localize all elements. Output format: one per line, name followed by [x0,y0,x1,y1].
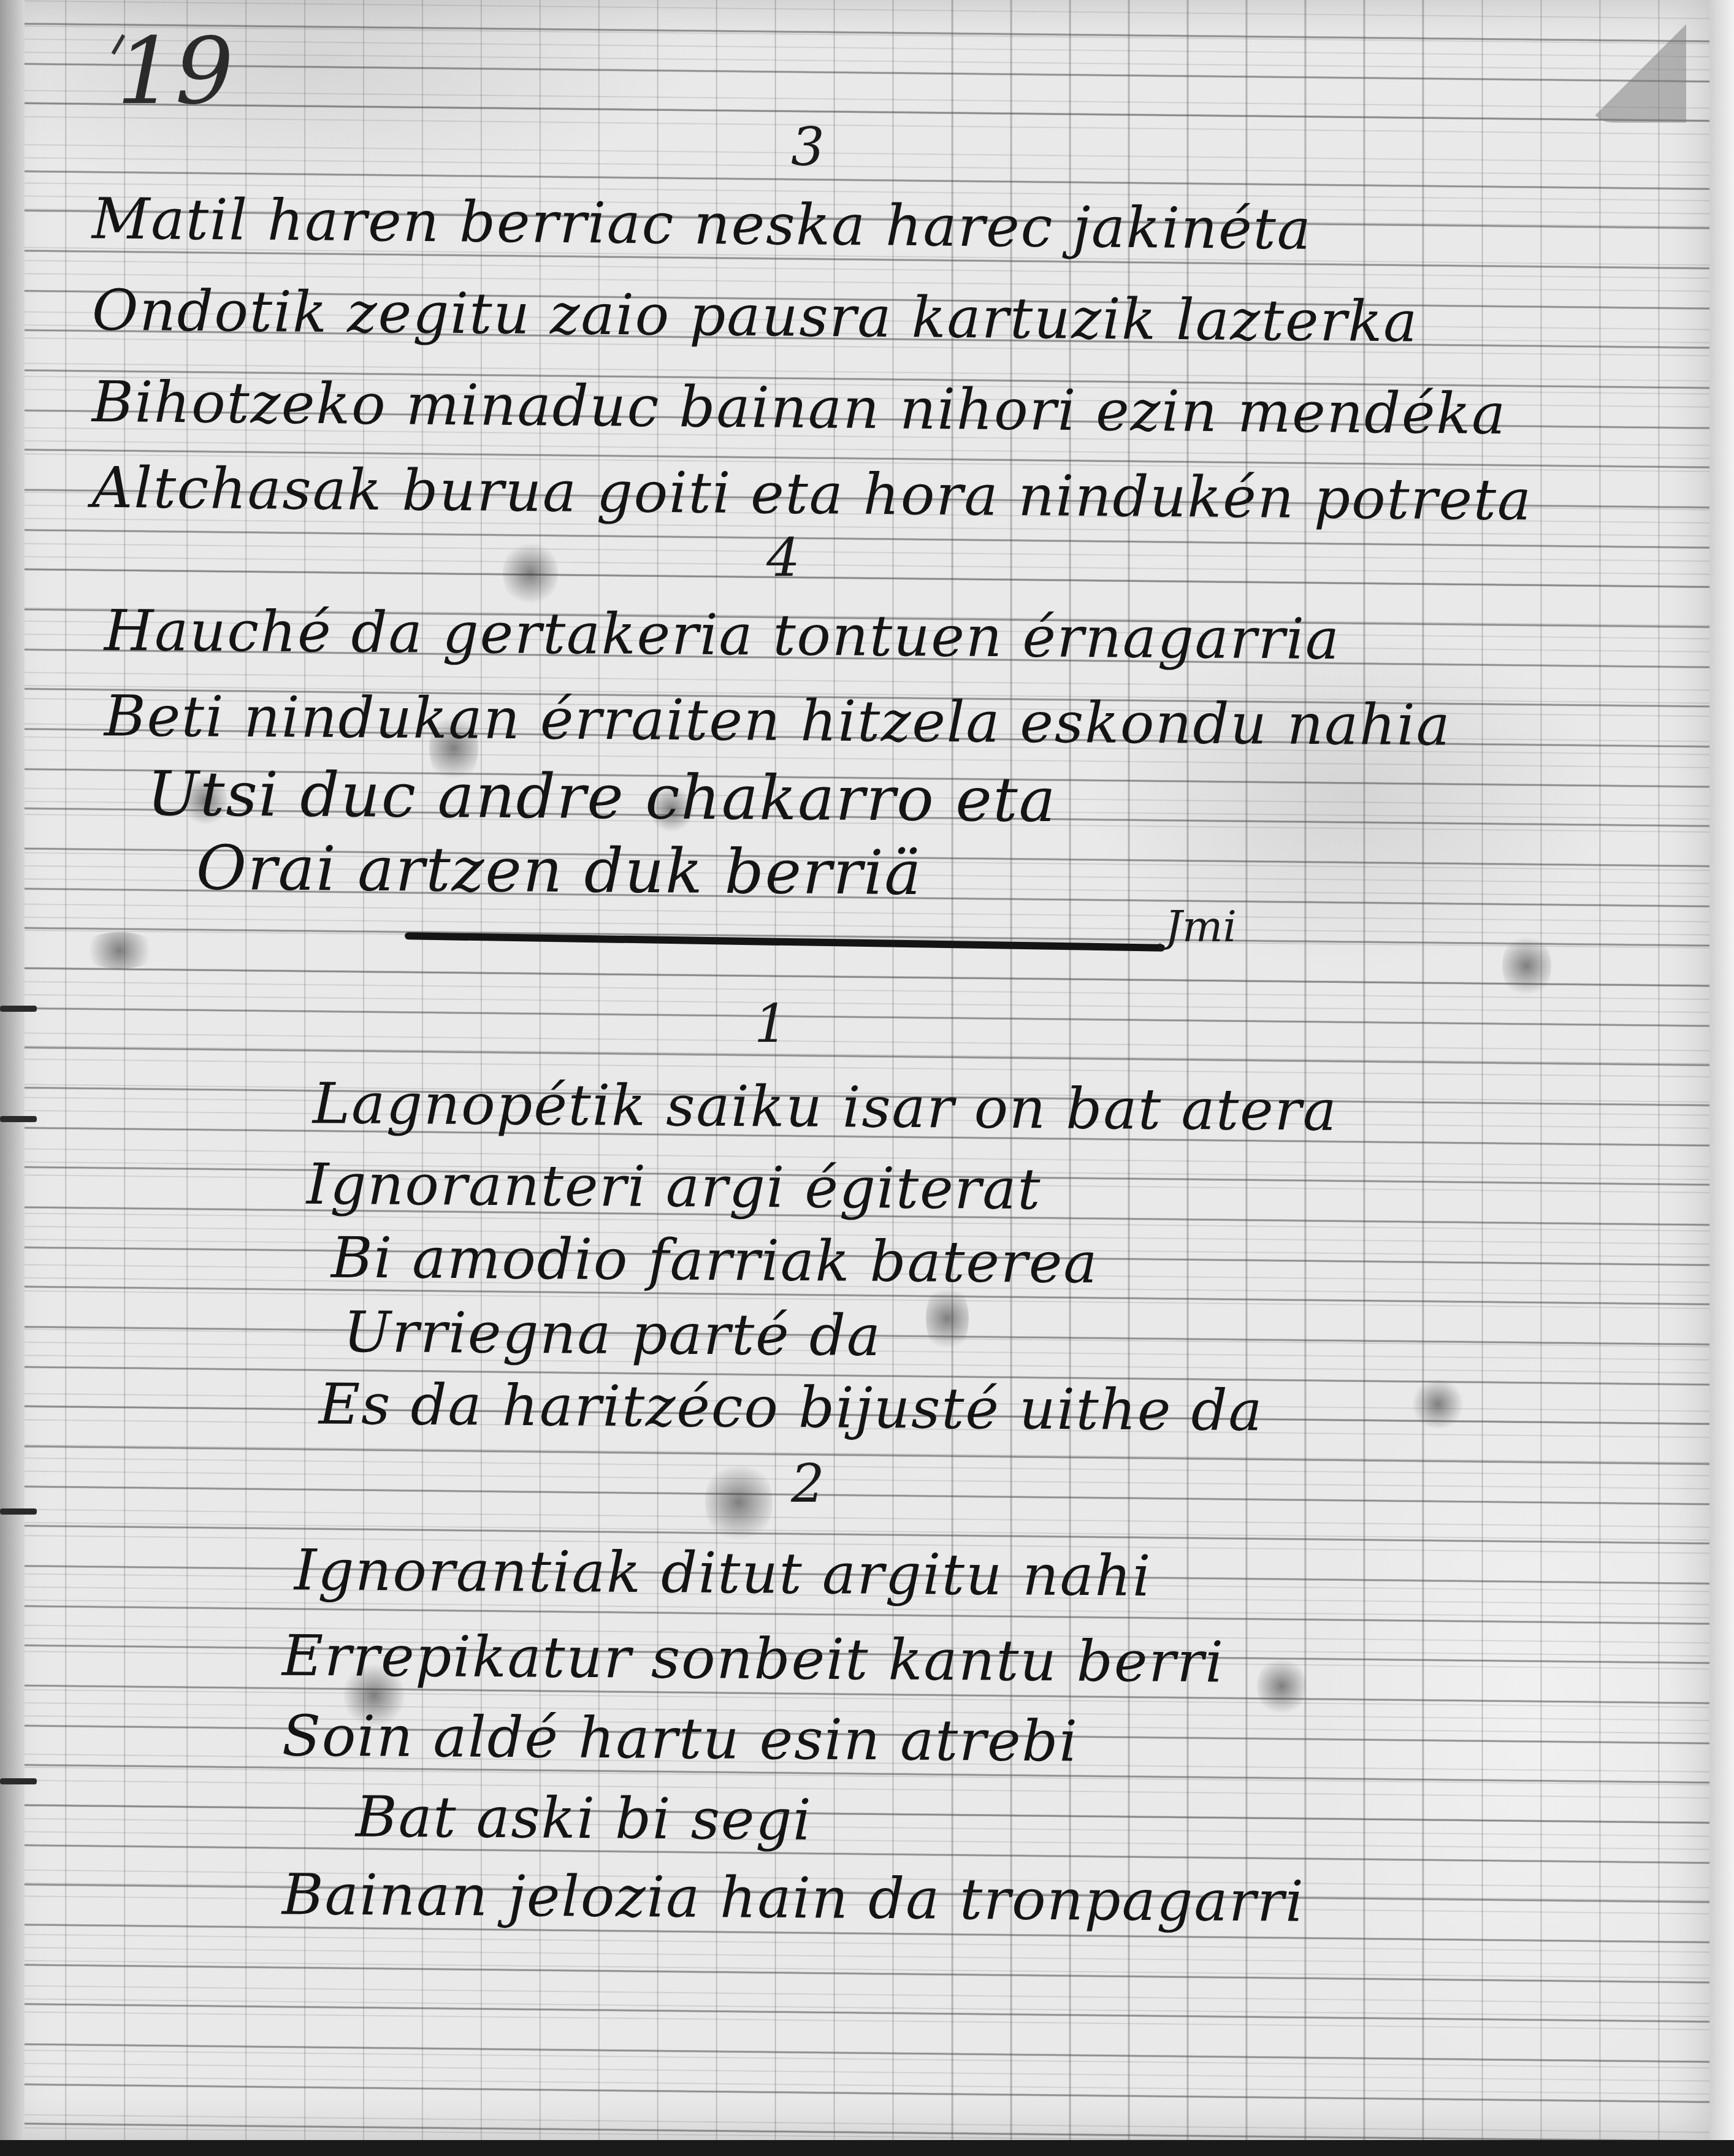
ink-stain [1410,1380,1465,1429]
verse-line: Ondotik zegitu zaio pausra kartuzik lazt… [92,283,1419,351]
verse-line: Errepikatur sonbeit kantu berri [282,1628,1224,1691]
folded-corner [1588,25,1686,123]
stanza-number: 1 [754,993,788,1055]
verse-line: Altchasak burua goiti eta hora nindukén … [92,460,1533,529]
ink-stain [1502,932,1551,1000]
section-divider [405,932,1165,951]
verse-line: Urriegna parté da [343,1304,882,1364]
stanza-number: 3 [791,117,825,178]
verse-line: Soin aldé hartu esin atrebi [282,1708,1079,1770]
verse-line: Beti nindukan érraiten hitzela eskondu n… [104,688,1451,754]
verse-line: Es da haritzéco bijusté uithe da [319,1377,1264,1440]
stanza-number: 2 [791,1453,825,1515]
page-number: 19 [116,18,234,125]
verse-line: Orai artzen duk berriä [196,838,923,904]
verse-line: Matil haren berriac neska harec jakinéta [92,191,1312,258]
ink-stain [1257,1656,1306,1717]
signature: Jmi [1165,901,1237,952]
verse-line: Ignoranteri argi égiterat [307,1156,1042,1218]
page-right-edge [1709,0,1734,2156]
binding-edge [0,0,25,2156]
ink-stain [705,1459,773,1545]
ink-stain [80,932,159,969]
verse-line: Lagnopétik saiku isar on bat atera [313,1076,1338,1139]
staple-mark [0,1778,37,1784]
verse-line: Bihotzeko minaduc bainan nihori ezin men… [92,374,1507,443]
staple-mark [0,1508,37,1515]
stanza-number: 4 [766,527,800,589]
ink-stain [503,540,558,607]
staple-mark [0,1006,37,1012]
page-bottom-edge [0,2140,1734,2156]
verse-line: Bi amodio farriak baterea [331,1230,1099,1292]
verse-line: Hauché da gertakeria tontuen érnagarria [104,603,1340,668]
verse-line: Utsi duc andre chakarro eta [147,763,1057,831]
verse-line: Bat aski bi segi [356,1789,812,1848]
notebook-page: 19 3 Matil haren berriac neska harec jak… [0,0,1711,2140]
staple-mark [0,1116,37,1122]
verse-line: Ignorantiak ditut argitu nahi [294,1542,1152,1605]
verse-line: Bainan jelozia hain da tronpagarri [282,1867,1305,1930]
